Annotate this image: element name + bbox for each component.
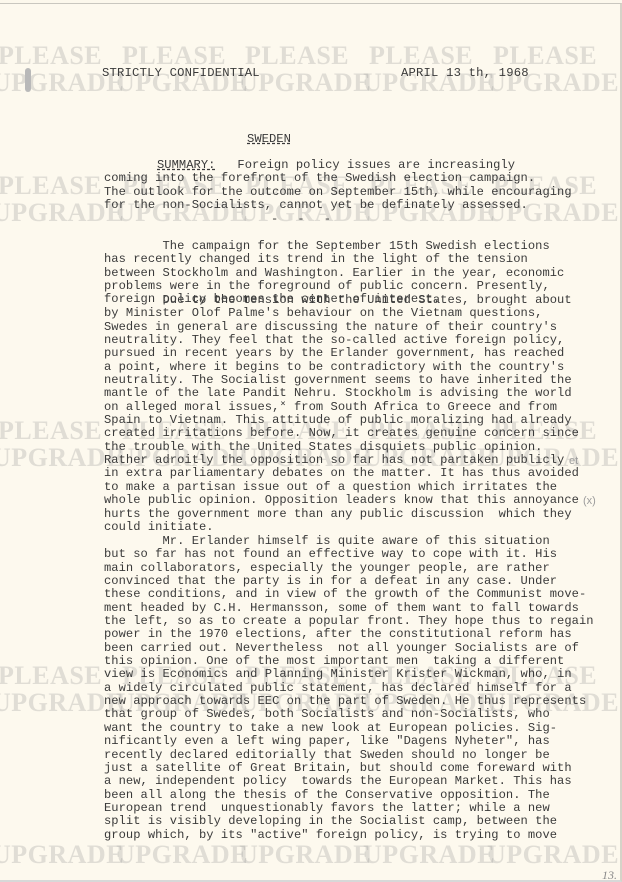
document-title: SWEDEN (247, 132, 291, 146)
watermark-please: PLEASE (0, 171, 102, 201)
watermark-please: PLEASE (0, 41, 102, 71)
punch-hole-mark (25, 68, 31, 92)
watermark-upgrade: UPGRADE (487, 840, 619, 870)
body-paragraph-2: Due to the tension with the United State… (104, 294, 609, 534)
watermark-upgrade: UPGRADE (239, 840, 371, 870)
watermark-upgrade: UPGRADE (363, 840, 495, 870)
summary-paragraph: SUMMARY: Foreign policy issues are incre… (104, 159, 609, 212)
watermark-please: PLEASE (245, 41, 349, 71)
margin-note-x: (x) (583, 495, 596, 507)
document-date: APRIL 13 th, 1968 (401, 66, 529, 80)
classification-label: STRICTLY CONFIDENTIAL (102, 66, 260, 80)
section-separator: - - - (271, 212, 337, 226)
page-number: 13. (602, 868, 617, 882)
margin-note-et: et (569, 455, 578, 467)
summary-label: SUMMARY: (157, 158, 215, 172)
watermark-please: PLEASE (0, 661, 102, 691)
watermark-please: PLEASE (0, 416, 102, 446)
body-paragraph-3: Mr. Erlander himself is quite aware of t… (104, 535, 609, 842)
document-page: PLEASEUPGRADEPLEASEUPGRADEPLEASEUPGRADEP… (0, 3, 622, 882)
watermark-upgrade: UPGRADE (116, 840, 248, 870)
watermark-upgrade: UPGRADE (0, 840, 124, 870)
